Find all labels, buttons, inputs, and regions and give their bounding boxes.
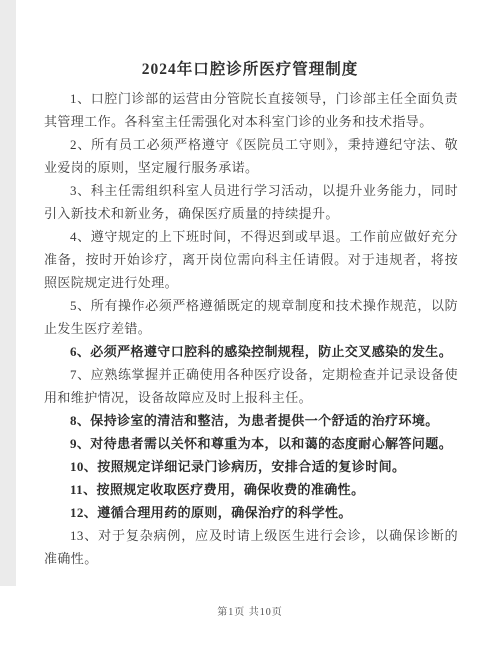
paragraph: 12、遵循合理用药的原则，确保治疗的科学性。 (44, 501, 458, 524)
document-page: 2024年口腔诊所医疗管理制度 1、口腔门诊部的运营由分管院长直接领导，门诊部主… (0, 0, 500, 647)
paragraph: 10、按照规定详细记录门诊病历，安排合适的复诊时间。 (44, 455, 458, 478)
document-title: 2024年口腔诊所医疗管理制度 (0, 0, 500, 79)
document-body: 1、口腔门诊部的运营由分管院长直接领导，门诊部主任全面负责其管理工作。各科室主任… (44, 87, 458, 570)
paragraph: 5、所有操作必须严格遵循既定的规章制度和技术操作规范，以防止发生医疗差错。 (44, 294, 458, 340)
paragraph: 7、应熟练掌握并正确使用各种医疗设备，定期检查并记录设备使用和维护情况，设备故障… (44, 363, 458, 409)
paragraph: 1、口腔门诊部的运营由分管院长直接领导，门诊部主任全面负责其管理工作。各科室主任… (44, 87, 458, 133)
paragraph: 2、所有员工必须严格遵守《医院员工守则》，秉持遵纪守法、敬业爱岗的原则，坚定履行… (44, 133, 458, 179)
paragraph: 6、必须严格遵守口腔科的感染控制规程，防止交叉感染的发生。 (44, 340, 458, 363)
paragraph: 4、遵守规定的上下班时间，不得迟到或早退。工作前应做好充分准备，按时开始诊疗，离… (44, 225, 458, 294)
paragraph: 8、保持诊室的清洁和整洁，为患者提供一个舒适的治疗环境。 (44, 409, 458, 432)
page-edge-shadow (0, 0, 16, 586)
paragraph: 11、按照规定收取医疗费用，确保收费的准确性。 (44, 478, 458, 501)
paragraph: 9、对待患者需以关怀和尊重为本，以和蔼的态度耐心解答问题。 (44, 432, 458, 455)
page-number-footer: 第1页 共10页 (0, 603, 500, 618)
paragraph: 3、科主任需组织科室人员进行学习活动，以提升业务能力，同时引入新技术和新业务，确… (44, 179, 458, 225)
paragraph: 13、对于复杂病例，应及时请上级医生进行会诊，以确保诊断的准确性。 (44, 524, 458, 570)
